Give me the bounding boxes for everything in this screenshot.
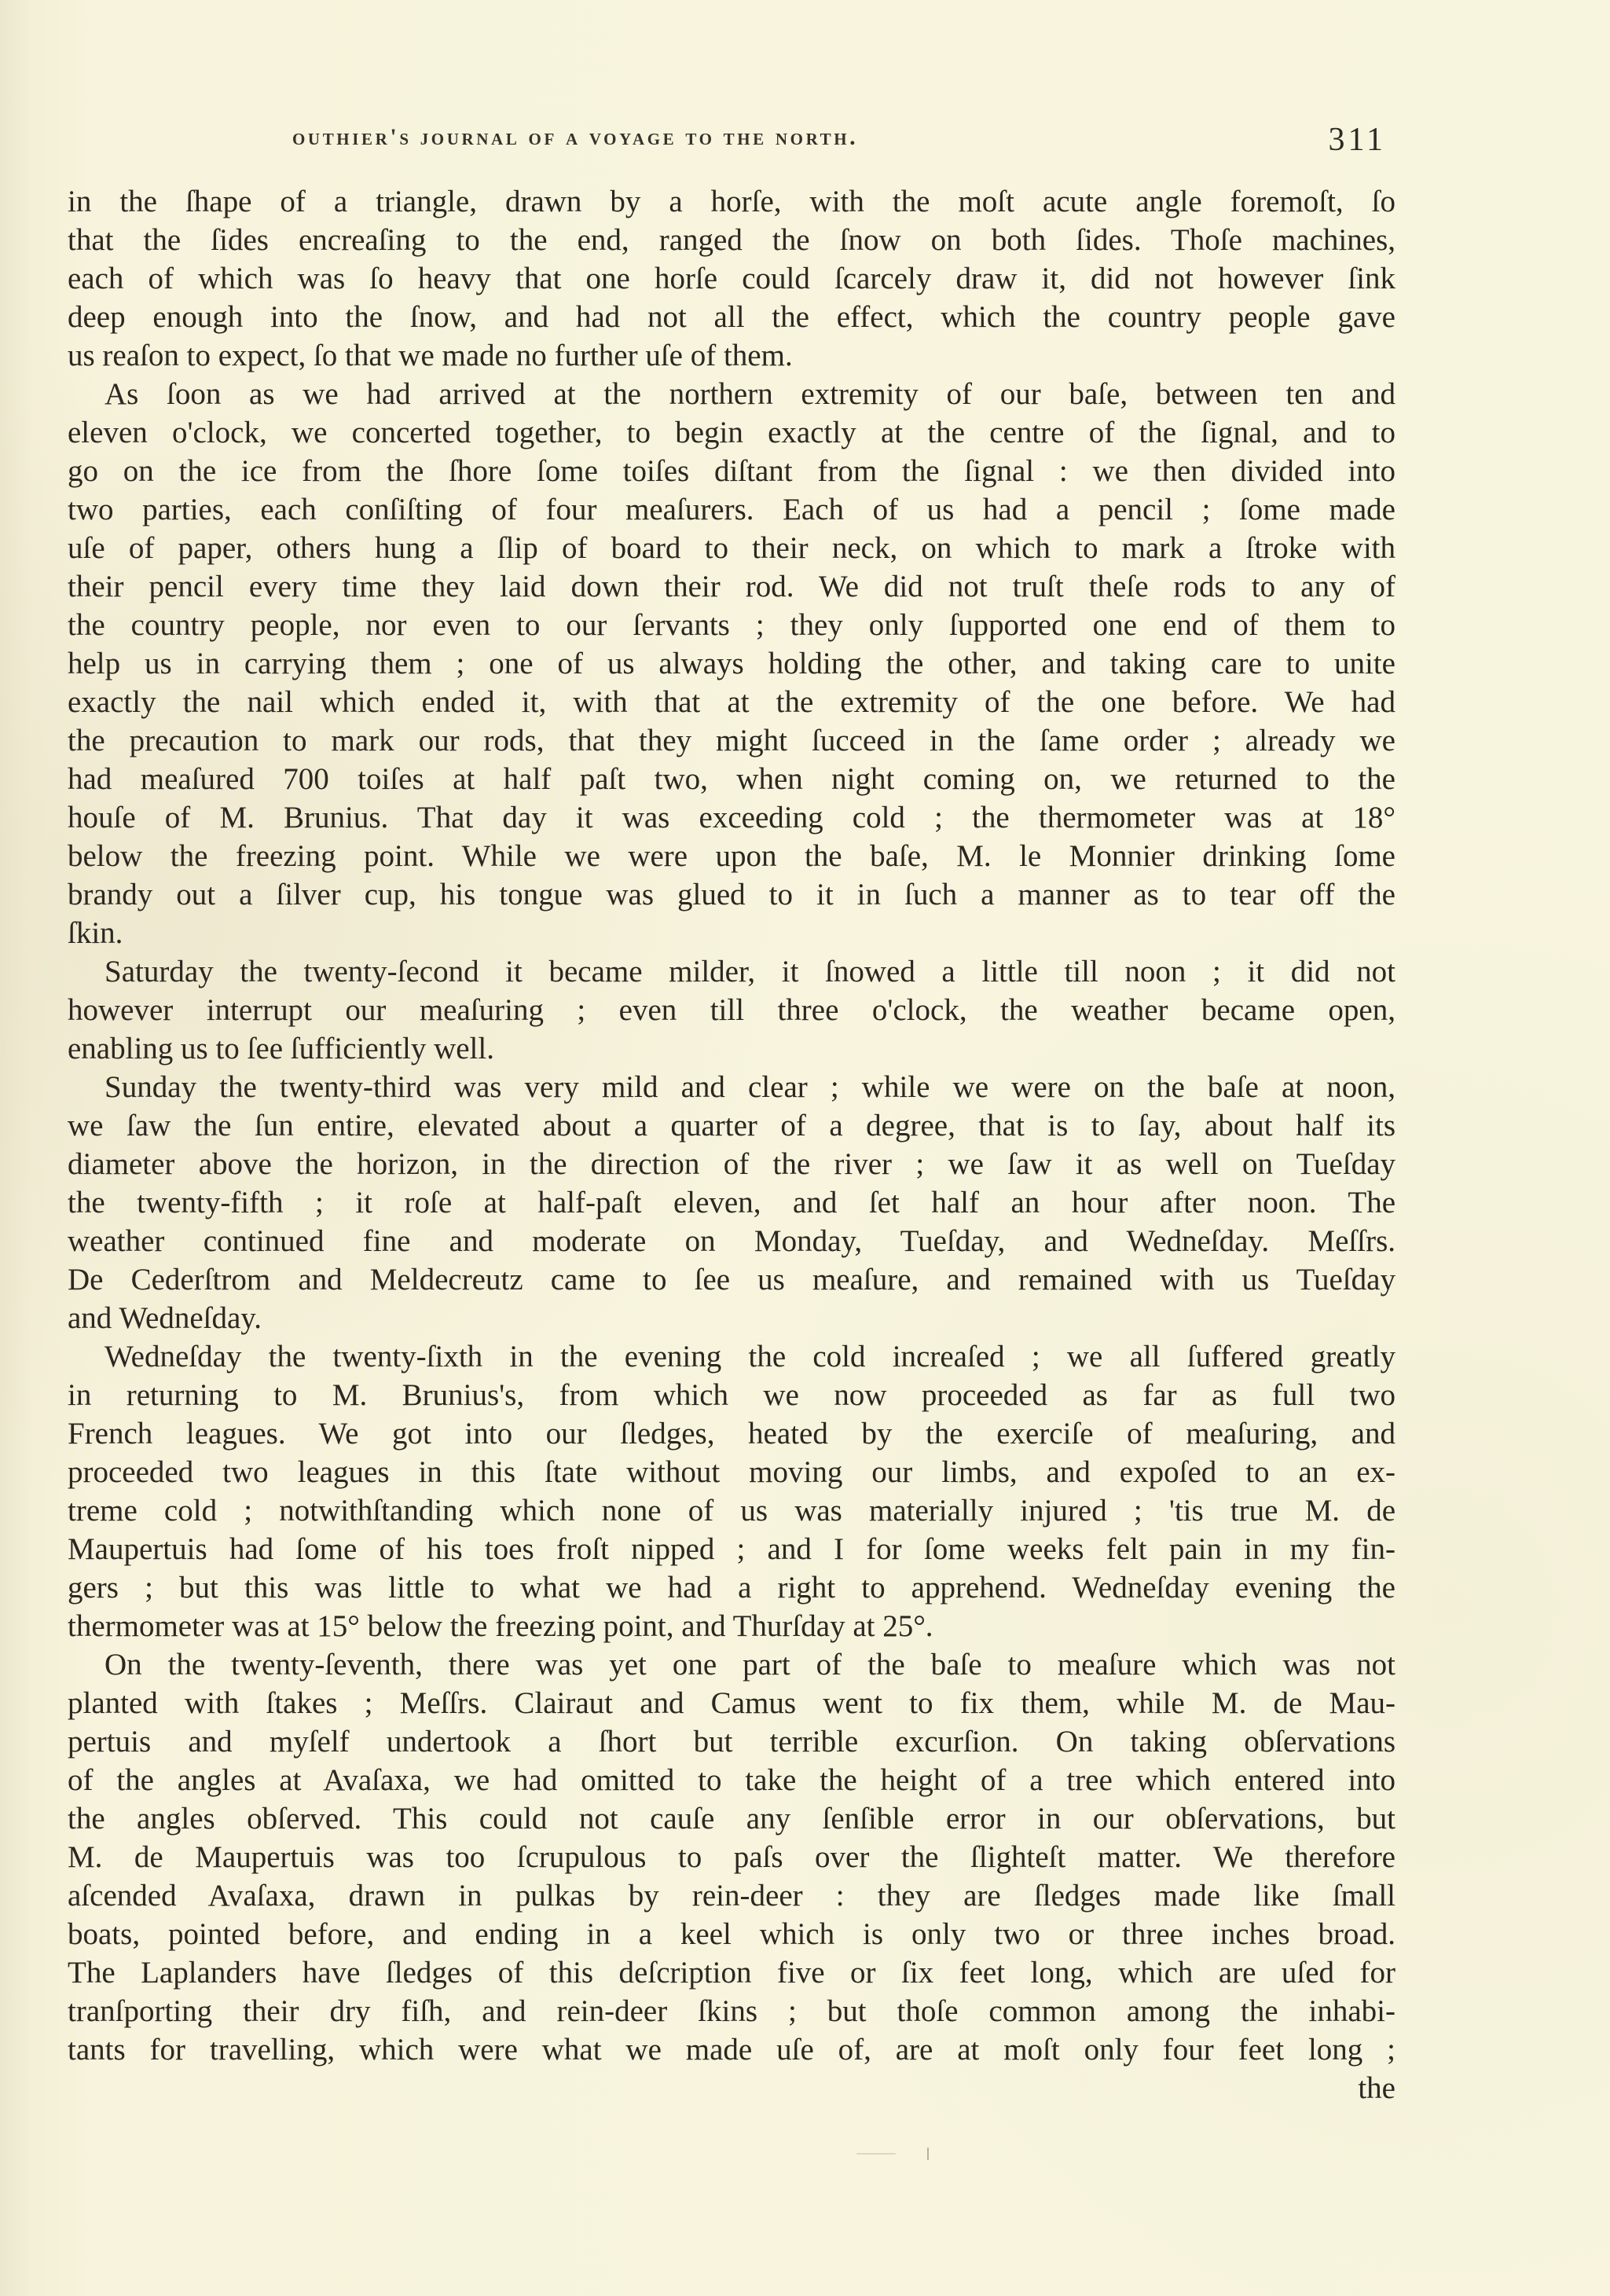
- text-line: treme cold ; notwithſtanding which none …: [68, 1491, 1395, 1530]
- text-line: tants for travelling, which were what we…: [68, 2030, 1395, 2069]
- text-line: deep enough into the ſnow, and had not a…: [68, 298, 1395, 336]
- text-line: that the ſides encreaſing to the end, ra…: [68, 221, 1395, 259]
- text-line: ſkin.: [68, 914, 1395, 952]
- running-head: OUTHIER'S JOURNAL OF A VOYAGE TO THE NOR…: [68, 124, 1395, 159]
- text-line: thermometer was at 15° below the freezin…: [68, 1607, 1395, 1645]
- running-title: OUTHIER'S JOURNAL OF A VOYAGE TO THE NOR…: [292, 124, 858, 151]
- text-line: houſe of M. Brunius. That day it was exc…: [68, 798, 1395, 837]
- text-line: Sunday the twenty-third was very mild an…: [68, 1068, 1395, 1106]
- text-line: the country people, nor even to our ſerv…: [68, 606, 1395, 644]
- text-line: planted with ſtakes ; Meſſrs. Clairaut a…: [68, 1684, 1395, 1722]
- text-line: had meaſured 700 toiſes at half paſt two…: [68, 760, 1395, 798]
- text-line: boats, pointed before, and ending in a k…: [68, 1915, 1395, 1953]
- text-line: M. de Maupertuis was too ſcrupulous to p…: [68, 1838, 1395, 1876]
- text-line: aſcended Avaſaxa, drawn in pulkas by rei…: [68, 1876, 1395, 1915]
- text-line: go on the ice from the ſhore ſome toiſes…: [68, 452, 1395, 490]
- text-line: in the ſhape of a triangle, drawn by a h…: [68, 182, 1395, 221]
- text-line: below the freezing point. While we were …: [68, 837, 1395, 875]
- text-line: and Wedneſday.: [68, 1299, 1395, 1337]
- text-line: the twenty-fifth ; it roſe at half-paſt …: [68, 1183, 1395, 1222]
- text-line: the precaution to mark our rods, that th…: [68, 721, 1395, 760]
- text-line: On the twenty-ſeventh, there was yet one…: [68, 1645, 1395, 1684]
- text-line: eleven o'clock, we concerted together, t…: [68, 413, 1395, 452]
- text-line: As ſoon as we had arrived at the norther…: [68, 375, 1395, 413]
- text-line: Saturday the twenty-ſecond it became mil…: [68, 952, 1395, 991]
- text-line: Wedneſday the twenty-ſixth in the evenin…: [68, 1337, 1395, 1376]
- text-line: we ſaw the ſun entire, elevated about a …: [68, 1106, 1395, 1145]
- text-line: exactly the nail which ended it, with th…: [68, 683, 1395, 721]
- text-line: the angles obſerved. This could not cauſ…: [68, 1799, 1395, 1838]
- text-line: however interrupt our meaſuring ; even t…: [68, 991, 1395, 1029]
- text-line: French leagues. We got into our ſledges,…: [68, 1414, 1395, 1453]
- text-line: of the angles at Avaſaxa, we had omitted…: [68, 1761, 1395, 1799]
- text-line: two parties, each conſiſting of four mea…: [68, 490, 1395, 529]
- text-line: each of which was ſo heavy that one horſ…: [68, 259, 1395, 298]
- ink-mark: [927, 2147, 929, 2160]
- text-line: Maupertuis had ſome of his toes froſt ni…: [68, 1530, 1395, 1568]
- text-line: weather continued fine and moderate on M…: [68, 1222, 1395, 1260]
- ink-smudge: [856, 2153, 896, 2155]
- text-line: diameter above the horizon, in the direc…: [68, 1145, 1395, 1183]
- text-line: enabling us to ſee ſufficiently well.: [68, 1029, 1395, 1068]
- text-line: help us in carrying them ; one of us alw…: [68, 644, 1395, 683]
- text-line: uſe of paper, others hung a ſlip of boar…: [68, 529, 1395, 567]
- text-line: De Cederſtrom and Meldecreutz came to ſe…: [68, 1260, 1395, 1299]
- text-line: in returning to M. Brunius's, from which…: [68, 1376, 1395, 1414]
- text-line: The Laplanders have ſledges of this deſc…: [68, 1953, 1395, 1992]
- body-text: in the ſhape of a triangle, drawn by a h…: [68, 182, 1395, 2107]
- text-line: pertuis and myſelf undertook a ſhort but…: [68, 1722, 1395, 1761]
- text-line: gers ; but this was little to what we ha…: [68, 1568, 1395, 1607]
- text-line: us reaſon to expect, ſo that we made no …: [68, 336, 1395, 375]
- catchword: the: [68, 2069, 1395, 2107]
- text-line: proceeded two leagues in this ſtate with…: [68, 1453, 1395, 1491]
- text-line: brandy out a ſilver cup, his tongue was …: [68, 875, 1395, 914]
- text-line: their pencil every time they laid down t…: [68, 567, 1395, 606]
- page-number: 311: [1329, 121, 1386, 159]
- text-line: tranſporting their dry fiſh, and rein-de…: [68, 1992, 1395, 2030]
